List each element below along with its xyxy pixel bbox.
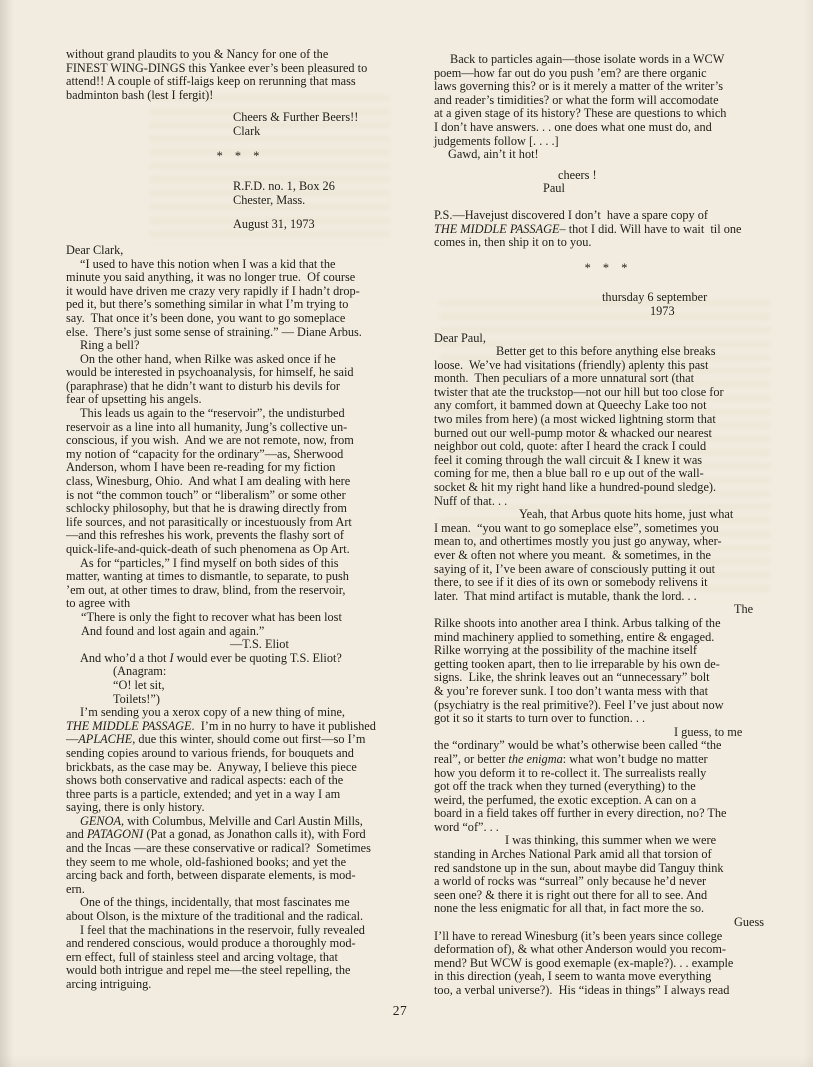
text-run: THE MIDDLE PASSAGE: [66, 719, 191, 733]
text-line: Back to particles again—those isolate wo…: [434, 53, 780, 67]
section-separator: * * *: [66, 150, 412, 164]
text-line: —and this refreshes his work, prevents t…: [66, 529, 412, 543]
text-run: August 31, 1973: [233, 217, 315, 231]
text-run: ’em out, at other times to draw, blind, …: [66, 583, 345, 597]
text-run: , with Columbus, Melville and Carl Austi…: [121, 814, 363, 828]
text-line: Anderson, whom I have been re-reading fo…: [66, 461, 412, 475]
text-line: month. Then peculiars of a more unnatura…: [434, 372, 780, 386]
text-line: ever & often not where you meant. & some…: [434, 549, 780, 563]
text-run: P.S.—Havejust discovered I don’t have a …: [434, 208, 708, 222]
text-line: reservoir as a line into all humanity, J…: [66, 421, 412, 435]
text-run: * * *: [585, 261, 630, 275]
text-run: got it so it starts to turn over to func…: [434, 711, 645, 725]
text-run: would ever be quoting T.S. Eliot?: [174, 651, 342, 665]
paragraph-arbus-quote: “I used to have this notion when I was a…: [66, 258, 412, 353]
text-run: I was thinking, this summer when we were: [505, 833, 716, 847]
letter-date: thursday 6 september1973: [434, 291, 780, 318]
text-run: And found and lost again and again.”: [81, 624, 264, 638]
text-run: a world of rocks was “surreal” only beca…: [434, 874, 706, 888]
text-run: word “of”. . .: [434, 820, 499, 834]
text-run: the “ordinary” would be what’s otherwise…: [434, 738, 722, 752]
text-line: deformation of), & what other Anderson w…: [434, 943, 780, 957]
text-run: mean to, and othertimes mostly you just …: [434, 534, 722, 548]
text-line: ern effect, full of stainless steel and …: [66, 951, 412, 965]
text-line: seen one? & there it is right out there …: [434, 889, 780, 903]
text-run: . I’m in no hurry to have it published: [191, 719, 375, 733]
text-run: I’ll have to reread Winesburg (it’s been…: [434, 929, 722, 943]
text-run: in this direction (yeah, I seem to wanta…: [434, 969, 711, 983]
text-run: without grand plaudits to you & Nancy fo…: [66, 47, 328, 61]
text-line: thursday 6 september: [434, 291, 780, 305]
text-run: comes in, then ship it on to you.: [434, 235, 591, 249]
text-line: 1973: [434, 305, 780, 319]
text-run: Back to particles again—those isolate wo…: [450, 52, 724, 66]
text-run: board in a field takes off further in ev…: [434, 806, 727, 820]
paragraph-rilke: On the other hand, when Rilke was asked …: [66, 353, 412, 407]
text-line: Yeah, that Arbus quote hits home, just w…: [434, 508, 780, 522]
eliot-attribution: —T.S. Eliot: [66, 638, 412, 652]
text-run: real”, or better: [434, 752, 508, 766]
text-line: Better get to this before anything else …: [434, 345, 780, 359]
text-line: conscious, if you wish. And we are not r…: [66, 434, 412, 448]
text-run: I feel that the machinations in the rese…: [80, 923, 365, 937]
text-run: seen one? & there it is right out there …: [434, 888, 707, 902]
text-run: Cheers & Further Beers!!: [233, 110, 358, 124]
text-line: Chester, Mass.: [66, 194, 412, 208]
text-run: Paul: [543, 181, 565, 195]
text-run: – thot I did. Will have to wait til one: [559, 222, 741, 236]
text-run: (paraphrase) that he didn’t want to dist…: [66, 379, 340, 393]
text-run: red sandstone up in the sun, about maybe…: [434, 861, 724, 875]
left-column: without grand plaudits to you & Nancy fo…: [66, 48, 412, 992]
text-run: sending copies around to various friends…: [66, 746, 354, 760]
text-line: mend? But WCW is good exemaple (ex-maple…: [434, 957, 780, 971]
text-line: standing in Arches National Park amid al…: [434, 848, 780, 862]
text-line: Clark: [66, 125, 412, 139]
text-run: Chester, Mass.: [233, 193, 305, 207]
text-run: would both intrigue and repel me—the ste…: [66, 963, 350, 977]
text-line: I feel that the machinations in the rese…: [66, 924, 412, 938]
text-line: Guess: [434, 916, 780, 930]
text-run: —: [66, 732, 78, 746]
salutation-clark: Dear Clark,: [66, 244, 412, 258]
text-line: laws governing this? or is it merely a m…: [434, 80, 780, 94]
salutation-paul: Dear Paul,: [434, 332, 780, 346]
text-run: saying of it, I’ve been aware of conscio…: [434, 562, 715, 576]
text-line: matter, wanting at times to dismantle, t…: [66, 570, 412, 584]
text-line: & you’re forever sunk. I too don’t wanta…: [434, 685, 780, 699]
text-line: R.F.D. no. 1, Box 26: [66, 180, 412, 194]
text-line: mind machinery applied to something, ent…: [434, 631, 780, 645]
anagram: (Anagram:“O! let sit,Toilets!”): [66, 665, 412, 706]
text-line: it would have driven me crazy very rapid…: [66, 285, 412, 299]
text-line: “O! let sit,: [66, 679, 412, 693]
paragraph-middle-passage: I’m sending you a xerox copy of a new th…: [66, 706, 412, 815]
text-run: got off the track when they turned (ever…: [434, 779, 696, 793]
text-line: I mean. “you want to go someplace else”,…: [434, 522, 780, 536]
text-run: class, Winesburg, Ohio. And what I am de…: [66, 474, 350, 488]
text-run: brickbats, as the case may be. Anyway, I…: [66, 760, 357, 774]
text-line: to agree with: [66, 597, 412, 611]
text-line: sending copies around to various friends…: [66, 747, 412, 761]
text-line: (Anagram:: [66, 665, 412, 679]
text-line: cheers !: [434, 169, 780, 183]
text-line: FINEST WING-DINGS this Yankee ever’s bee…: [66, 62, 412, 76]
text-line: comes in, then ship it on to you.: [434, 236, 780, 250]
text-line: real”, or better the enigma: what won’t …: [434, 753, 780, 767]
text-run: Rilke worrying at the possibility of the…: [434, 643, 697, 657]
text-run: I mean. “you want to go someplace else”,…: [434, 521, 719, 535]
text-run: matter, wanting at times to dismantle, t…: [66, 569, 349, 583]
text-run: On the other hand, when Rilke was asked …: [80, 352, 336, 366]
text-line: any comfort, it bammed down at Queechy L…: [434, 399, 780, 413]
text-run: later. That mind artifact is mutable, th…: [434, 589, 697, 603]
text-line: at a given stage of its history? These a…: [434, 107, 780, 121]
text-run: it would have driven me crazy very rapid…: [66, 284, 360, 298]
text-line: schlocky philosophy, but that he is draw…: [66, 502, 412, 516]
text-line: arcing intriguing.: [66, 978, 412, 992]
text-line: none the less enigmatic for all that, in…: [434, 902, 780, 916]
text-line: As for “particles,” I find myself on bot…: [66, 557, 412, 571]
text-line: neighbor out cold, quote: after I heard …: [434, 440, 780, 454]
text-run: and: [66, 827, 87, 841]
text-run: One of the things, incidentally, that mo…: [80, 895, 350, 909]
text-run: ern.: [66, 882, 85, 896]
text-line: is not “the common touch” or “liberalism…: [66, 489, 412, 503]
paragraph-back-to-particles: Back to particles again—those isolate wo…: [434, 53, 780, 162]
text-run: R.F.D. no. 1, Box 26: [233, 179, 335, 193]
text-run: is not “the common touch” or “liberalism…: [66, 488, 346, 502]
text-run: and the Incas —are these conservative or…: [66, 841, 371, 855]
text-line: arcing back and forth, between disparate…: [66, 869, 412, 883]
text-run: Better get to this before anything else …: [496, 344, 716, 358]
text-line: word “of”. . .: [434, 821, 780, 835]
text-run: PATAGONI: [87, 827, 143, 841]
text-run: & you’re forever sunk. I too don’t wanta…: [434, 684, 708, 698]
text-line: I’m sending you a xerox copy of a new th…: [66, 706, 412, 720]
text-run: (Pat a gonad, as Jonathon calls it), wit…: [143, 827, 365, 841]
letter-date: August 31, 1973: [66, 218, 412, 232]
paragraph-genoa: GENOA, with Columbus, Melville and Carl …: [66, 815, 412, 897]
text-run: As for “particles,” I find myself on bot…: [80, 556, 339, 570]
eliot-quote: “There is only the fight to recover what…: [66, 611, 412, 638]
text-run: Anderson, whom I have been re-reading fo…: [66, 460, 335, 474]
text-run: mind machinery applied to something, ent…: [434, 630, 714, 644]
text-line: I guess, to me: [434, 726, 780, 740]
text-line: And who’d a thot I would ever be quoting…: [66, 652, 412, 666]
paragraph-olson: One of the things, incidentally, that mo…: [66, 896, 412, 923]
text-line: badminton bash (lest I fergit)!: [66, 89, 412, 103]
text-run: Gawd, ain’t it hot!: [448, 147, 539, 161]
text-line: And found and lost again and again.”: [66, 625, 412, 639]
text-run: Nuff of that. . .: [434, 494, 507, 508]
text-line: say. That once it’s been done, you want …: [66, 312, 412, 326]
text-line: August 31, 1973: [66, 218, 412, 232]
text-line: class, Winesburg, Ohio. And what I am de…: [66, 475, 412, 489]
text-run: the enigma: [508, 752, 562, 766]
right-column: Back to particles again—those isolate wo…: [434, 53, 780, 998]
text-run: how you deform it to re-collect it. The …: [434, 766, 706, 780]
text-line: and the Incas —are these conservative or…: [66, 842, 412, 856]
text-line: and rendered conscious, would produce a …: [66, 937, 412, 951]
text-line: life sources, and not parasitically or i…: [66, 516, 412, 530]
line-who-d-a-thot: And who’d a thot I would ever be quoting…: [66, 652, 412, 666]
text-run: Yeah, that Arbus quote hits home, just w…: [519, 507, 733, 521]
text-line: Rilke worrying at the possibility of the…: [434, 644, 780, 658]
text-run: I’m sending you a xerox copy of a new th…: [80, 705, 345, 719]
text-run: and rendered conscious, would produce a …: [66, 936, 356, 950]
page-number: 27: [0, 1004, 800, 1018]
text-run: feel it coming through the wall circuit …: [434, 453, 702, 467]
text-run: deformation of), & what other Anderson w…: [434, 942, 726, 956]
text-run: weird, the perfumed, the exotic exceptio…: [434, 793, 696, 807]
text-run: —and this refreshes his work, prevents t…: [66, 528, 344, 542]
paragraph-reservoir: This leads us again to the “reservoir”, …: [66, 407, 412, 557]
text-run: I guess, to me: [674, 725, 742, 739]
scanned-letter-page: without grand plaudits to you & Nancy fo…: [0, 0, 813, 1067]
text-line: —T.S. Eliot: [66, 638, 412, 652]
text-line: attend!! A couple of stiff-laigs keep on…: [66, 75, 412, 89]
text-line: One of the things, incidentally, that mo…: [66, 896, 412, 910]
text-line: how you deform it to re-collect it. The …: [434, 767, 780, 781]
text-run: else. There’s just some sense of straini…: [66, 325, 362, 339]
text-line: This leads us again to the “reservoir”, …: [66, 407, 412, 421]
text-run: fear of upsetting his angels.: [66, 392, 202, 406]
text-run: reservoir as a line into all humanity, J…: [66, 420, 347, 434]
text-run: “I used to have this notion when I was a…: [80, 257, 335, 271]
text-run: twister that ate the truckstop—not our h…: [434, 385, 724, 399]
text-run: arcing intriguing.: [66, 977, 151, 991]
text-run: none the less enigmatic for all that, in…: [434, 901, 704, 915]
text-run: “O! let sit,: [113, 678, 165, 692]
return-address: R.F.D. no. 1, Box 26Chester, Mass.: [66, 180, 412, 207]
text-line: too, a verbal universe?). His “ideas in …: [434, 984, 780, 998]
text-line: GENOA, with Columbus, Melville and Carl …: [66, 815, 412, 829]
text-line: I’ll have to reread Winesburg (it’s been…: [434, 930, 780, 944]
text-run: any comfort, it bammed down at Queechy L…: [434, 398, 707, 412]
text-line: board in a field takes off further in ev…: [434, 807, 780, 821]
text-line: brickbats, as the case may be. Anyway, I…: [66, 761, 412, 775]
text-line: (paraphrase) that he didn’t want to dist…: [66, 380, 412, 394]
text-run: shows both conservative and radical aspe…: [66, 773, 343, 787]
text-line: later. That mind artifact is mutable, th…: [434, 590, 780, 604]
text-line: my notion of “capacity for the ordinary”…: [66, 448, 412, 462]
text-run: schlocky philosophy, but that he is draw…: [66, 501, 347, 515]
text-line: socket & hit my right hand like a hundre…: [434, 481, 780, 495]
text-line: Ring a bell?: [66, 339, 412, 353]
text-run: 1973: [650, 304, 675, 318]
text-line: The: [434, 603, 780, 617]
text-line: mean to, and othertimes mostly you just …: [434, 535, 780, 549]
text-line: they seem to me whole, old-fashioned boo…: [66, 856, 412, 870]
text-run: would be interested in psychoanalysis, f…: [66, 365, 354, 379]
text-line: three parts is a particle, extended; and…: [66, 788, 412, 802]
text-line: weird, the perfumed, the exotic exceptio…: [434, 794, 780, 808]
text-line: signs. Like, the shrink leaves out an “u…: [434, 671, 780, 685]
text-line: Toilets!”): [66, 693, 412, 707]
text-line: Paul: [434, 182, 780, 196]
text-run: at a given stage of its history? These a…: [434, 106, 726, 120]
text-run: FINEST WING-DINGS this Yankee ever’s bee…: [66, 61, 367, 75]
text-line: Dear Paul,: [434, 332, 780, 346]
text-run: to agree with: [66, 596, 130, 610]
text-run: too, a verbal universe?). His “ideas in …: [434, 983, 729, 997]
text-line: —APLACHE, due this winter, should come o…: [66, 733, 412, 747]
text-run: my notion of “capacity for the ordinary”…: [66, 447, 343, 461]
text-line: got off the track when they turned (ever…: [434, 780, 780, 794]
text-run: standing in Arches National Park amid al…: [434, 847, 712, 861]
text-line: else. There’s just some sense of straini…: [66, 326, 412, 340]
text-line: Rilke shoots into another area I think. …: [434, 617, 780, 631]
signoff-clark: Cheers & Further Beers!!Clark: [66, 111, 412, 138]
text-line: Dear Clark,: [66, 244, 412, 258]
text-run: (psychiatry is the real primitive?). Fee…: [434, 698, 724, 712]
text-line: loose. We’ve had visitations (friendly) …: [434, 359, 780, 373]
text-run: mend? But WCW is good exemaple (ex-maple…: [434, 956, 733, 970]
text-run: neighbor out cold, quote: after I heard …: [434, 439, 706, 453]
text-line: red sandstone up in the sun, about maybe…: [434, 862, 780, 876]
text-run: cheers !: [558, 168, 597, 182]
text-run: Clark: [233, 124, 260, 138]
text-line: two miles from here) (a most wicked ligh…: [434, 413, 780, 427]
text-line: Nuff of that. . .: [434, 495, 780, 509]
text-line: ped it, but there’s something similar in…: [66, 298, 412, 312]
text-run: I don’t have answers. . . one does what …: [434, 120, 712, 134]
text-line: THE MIDDLE PASSAGE. I’m in no hurry to h…: [66, 720, 412, 734]
text-run: (Anagram:: [113, 664, 166, 678]
text-line: the “ordinary” would be what’s otherwise…: [434, 739, 780, 753]
text-line: and reader’s timidities? or what the for…: [434, 94, 780, 108]
text-run: and reader’s timidities? or what the for…: [434, 93, 719, 107]
text-run: Dear Paul,: [434, 331, 486, 345]
text-line: getting tooken apart, then to lie irrepa…: [434, 658, 780, 672]
text-run: ern effect, full of stainless steel and …: [66, 950, 338, 964]
text-line: * * *: [434, 262, 780, 276]
text-line: coming for me, then a blue ball ro e up …: [434, 467, 780, 481]
text-line: I don’t have answers. . . one does what …: [434, 121, 780, 135]
text-line: without grand plaudits to you & Nancy fo…: [66, 48, 412, 62]
text-run: conscious, if you wish. And we are not r…: [66, 433, 354, 447]
text-run: judgements follow [. . . .]: [434, 134, 559, 148]
text-run: badminton bash (lest I fergit)!: [66, 88, 213, 102]
text-line: “There is only the fight to recover what…: [66, 611, 412, 625]
text-line: got it so it starts to turn over to func…: [434, 712, 780, 726]
text-run: ever & often not where you meant. & some…: [434, 548, 711, 562]
text-run: And who’d a thot: [80, 651, 169, 665]
text-run: there, to see if it dies of its own or s…: [434, 575, 708, 589]
text-run: poem—how far out do you push ’em? are th…: [434, 66, 707, 80]
text-line: * * *: [66, 150, 412, 164]
text-run: The: [734, 602, 753, 616]
text-run: : what won’t budge no matter: [563, 752, 708, 766]
text-run: This leads us again to the “reservoir”, …: [80, 406, 345, 420]
text-run: socket & hit my right hand like a hundre…: [434, 480, 716, 494]
text-run: month. Then peculiars of a more unnatura…: [434, 371, 694, 385]
text-run: Rilke shoots into another area I think. …: [434, 616, 721, 630]
text-run: —T.S. Eliot: [230, 637, 289, 651]
text-run: loose. We’ve had visitations (friendly) …: [434, 358, 708, 372]
text-line: would be interested in psychoanalysis, f…: [66, 366, 412, 380]
text-run: Toilets!”): [113, 692, 160, 706]
text-run: two miles from here) (a most wicked ligh…: [434, 412, 716, 426]
text-run: APLACHE: [78, 732, 132, 746]
text-line: twister that ate the truckstop—not our h…: [434, 386, 780, 400]
text-line: shows both conservative and radical aspe…: [66, 774, 412, 788]
text-line: judgements follow [. . . .]: [434, 135, 780, 149]
text-run: say. That once it’s been done, you want …: [66, 311, 345, 325]
text-run: coming for me, then a blue ball ro e up …: [434, 466, 704, 480]
text-run: THE MIDDLE PASSAGE: [434, 222, 559, 236]
text-run: attend!! A couple of stiff-laigs keep on…: [66, 74, 356, 88]
text-run: life sources, and not parasitically or i…: [66, 515, 352, 529]
text-line: a world of rocks was “surreal” only beca…: [434, 875, 780, 889]
text-line: ern.: [66, 883, 412, 897]
text-line: Cheers & Further Beers!!: [66, 111, 412, 125]
text-run: * * *: [217, 149, 262, 163]
text-line: there, to see if it dies of its own or s…: [434, 576, 780, 590]
text-run: laws governing this? or is it merely a m…: [434, 79, 723, 93]
text-run: ped it, but there’s something similar in…: [66, 297, 348, 311]
text-run: quick-life-and-quick-death of such pheno…: [66, 542, 350, 556]
text-line: “I used to have this notion when I was a…: [66, 258, 412, 272]
text-line: ’em out, at other times to draw, blind, …: [66, 584, 412, 598]
text-run: , due this winter, should come out first…: [132, 732, 365, 746]
text-line: fear of upsetting his angels.: [66, 393, 412, 407]
text-line: and PATAGONI (Pat a gonad, as Jonathon c…: [66, 828, 412, 842]
text-line: about Olson, is the mixture of the tradi…: [66, 910, 412, 924]
text-line: in this direction (yeah, I seem to wanta…: [434, 970, 780, 984]
text-run: they seem to me whole, old-fashioned boo…: [66, 855, 346, 869]
paragraph-particles: As for “particles,” I find myself on bot…: [66, 557, 412, 611]
text-line: burned out our well-pump motor & whacked…: [434, 427, 780, 441]
text-run: minute you said anything, it was no long…: [66, 270, 355, 284]
text-line: would both intrigue and repel me—the ste…: [66, 964, 412, 978]
text-run: about Olson, is the mixture of the tradi…: [66, 909, 363, 923]
text-line: feel it coming through the wall circuit …: [434, 454, 780, 468]
text-run: burned out our well-pump motor & whacked…: [434, 426, 712, 440]
text-run: arcing back and forth, between disparate…: [66, 868, 356, 882]
text-line: poem—how far out do you push ’em? are th…: [434, 67, 780, 81]
section-separator: * * *: [434, 262, 780, 276]
text-line: quick-life-and-quick-death of such pheno…: [66, 543, 412, 557]
text-run: Dear Clark,: [66, 243, 123, 257]
text-line: THE MIDDLE PASSAGE– thot I did. Will hav…: [434, 223, 780, 237]
text-run: Ring a bell?: [80, 338, 139, 352]
letter-body: Better get to this before anything else …: [434, 345, 780, 998]
text-run: signs. Like, the shrink leaves out an “u…: [434, 670, 710, 684]
text-line: minute you said anything, it was no long…: [66, 271, 412, 285]
text-line: saying of it, I’ve been aware of conscio…: [434, 563, 780, 577]
text-run: GENOA: [80, 814, 121, 828]
text-line: P.S.—Havejust discovered I don’t have a …: [434, 209, 780, 223]
text-run: “There is only the fight to recover what…: [81, 610, 342, 624]
postscript: P.S.—Havejust discovered I don’t have a …: [434, 209, 780, 250]
text-line: I was thinking, this summer when we were: [434, 834, 780, 848]
opening-paragraph: without grand plaudits to you & Nancy fo…: [66, 48, 412, 102]
text-line: saying, there is only history.: [66, 801, 412, 815]
text-run: getting tooken apart, then to lie irrepa…: [434, 657, 720, 671]
paragraph-machinations: I feel that the machinations in the rese…: [66, 924, 412, 992]
text-run: saying, there is only history.: [66, 800, 205, 814]
text-line: (psychiatry is the real primitive?). Fee…: [434, 699, 780, 713]
signoff-paul: cheers !Paul: [434, 169, 780, 196]
text-line: On the other hand, when Rilke was asked …: [66, 353, 412, 367]
text-run: three parts is a particle, extended; and…: [66, 787, 340, 801]
text-run: Guess: [734, 915, 764, 929]
text-line: Gawd, ain’t it hot!: [434, 148, 780, 162]
text-run: thursday 6 september: [602, 290, 707, 304]
